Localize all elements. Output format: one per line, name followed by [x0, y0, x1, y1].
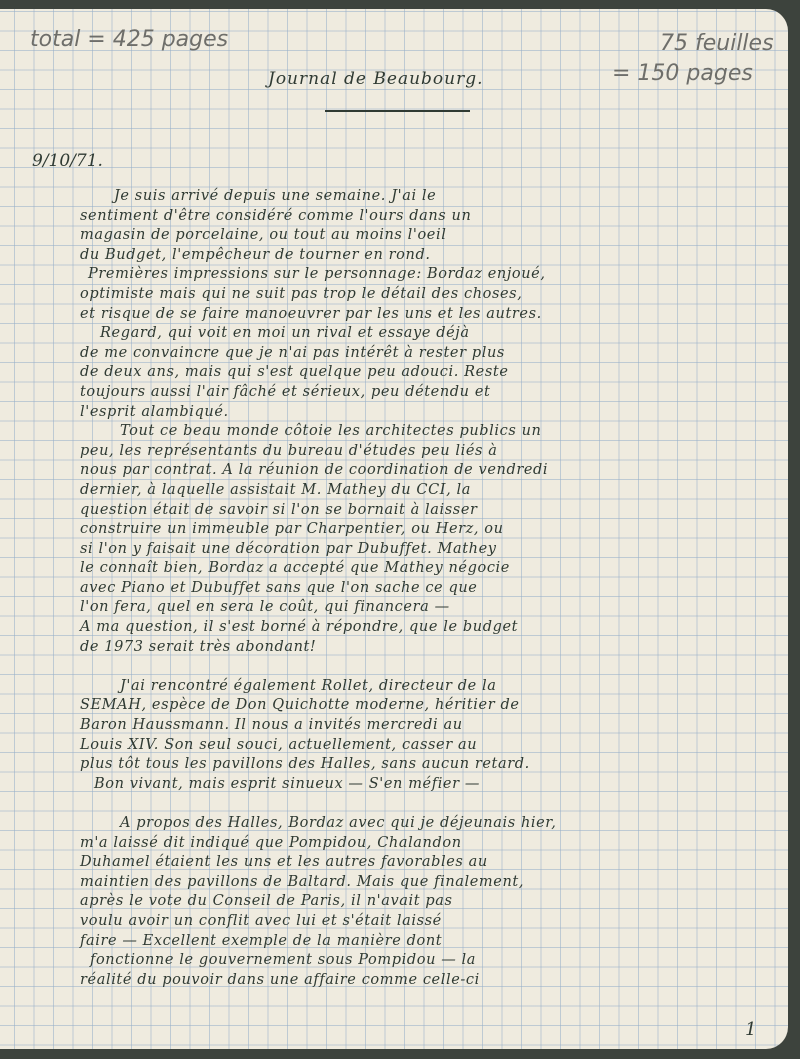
text-line: de deux ans, mais qui s'est quelque peu … [80, 363, 760, 383]
margin-note-feuilles: 75 feuilles [660, 31, 774, 56]
text-line: m'a laissé dit indiqué que Pompidou, Cha… [80, 834, 760, 854]
paragraph: A propos des Halles, Bordaz avec qui je … [80, 814, 760, 990]
text-line: et risque de se faire manoeuvrer par les… [80, 305, 760, 325]
text-line: sentiment d'être considéré comme l'ours … [80, 207, 760, 227]
text-line: de me convaincre que je n'ai pas intérêt… [80, 344, 760, 364]
page-title: Journal de Beaubourg. [268, 69, 484, 89]
margin-note-pages: = 150 pages [612, 61, 753, 86]
page-number: 1 [745, 1019, 756, 1040]
text-line: du Budget, l'empêcheur de tourner en ron… [80, 246, 760, 266]
text-line: plus tôt tous les pavillons des Halles, … [80, 755, 760, 775]
journal-body: Je suis arrivé depuis une semaine. J'ai … [80, 187, 760, 990]
text-line: Baron Haussmann. Il nous a invités mercr… [80, 716, 760, 736]
text-line: SEMAH, espèce de Don Quichotte moderne, … [80, 696, 760, 716]
text-line: peu, les représentants du bureau d'étude… [80, 442, 760, 462]
text-line: dernier, à laquelle assistait M. Mathey … [80, 481, 760, 501]
text-line: magasin de porcelaine, ou tout au moins … [80, 226, 760, 246]
paragraph-gap [80, 794, 760, 814]
text-line: Premières impressions sur le personnage:… [80, 265, 760, 285]
paragraph-gap [80, 657, 760, 677]
text-line: Bon vivant, mais esprit sinueux — S'en m… [80, 775, 760, 795]
text-line: réalité du pouvoir dans une affaire comm… [80, 971, 760, 991]
text-line: Louis XIV. Son seul souci, actuellement,… [80, 736, 760, 756]
text-line: nous par contrat. A la réunion de coordi… [80, 461, 760, 481]
paragraph: Je suis arrivé depuis une semaine. J'ai … [80, 187, 760, 265]
text-line: fonctionne le gouvernement sous Pompidou… [80, 951, 760, 971]
text-line: de 1973 serait très abondant! [80, 638, 760, 658]
text-line: voulu avoir un conflit avec lui et s'éta… [80, 912, 760, 932]
text-line: toujours aussi l'air fâché et sérieux, p… [80, 383, 760, 403]
text-line: le connaît bien, Bordaz a accepté que Ma… [80, 559, 760, 579]
text-line: A ma question, il s'est borné à répondre… [80, 618, 760, 638]
text-line: Duhamel étaient les uns et les autres fa… [80, 853, 760, 873]
text-line: Je suis arrivé depuis une semaine. J'ai … [80, 187, 760, 207]
margin-note-total-pages: total = 425 pages [30, 27, 228, 52]
paragraph: J'ai rencontré également Rollet, directe… [80, 677, 760, 795]
text-line: Regard, qui voit en moi un rival et essa… [80, 324, 760, 344]
paragraph: Regard, qui voit en moi un rival et essa… [80, 324, 760, 422]
notebook-page: total = 425 pages 75 feuilles = 150 page… [0, 9, 788, 1049]
text-line: l'on fera, quel en sera le coût, qui fin… [80, 598, 760, 618]
text-line: si l'on y faisait une décoration par Dub… [80, 540, 760, 560]
paragraph: Tout ce beau monde côtoie les architecte… [80, 422, 760, 657]
text-line: avec Piano et Dubuffet sans que l'on sac… [80, 579, 760, 599]
text-line: question était de savoir si l'on se born… [80, 501, 760, 521]
text-line: après le vote du Conseil de Paris, il n'… [80, 892, 760, 912]
text-line: Tout ce beau monde côtoie les architecte… [80, 422, 760, 442]
text-line: faire — Excellent exemple de la manière … [80, 932, 760, 952]
title-underline [325, 110, 470, 112]
text-line: optimiste mais qui ne suit pas trop le d… [80, 285, 760, 305]
text-line: l'esprit alambiqué. [80, 403, 760, 423]
paragraph: Premières impressions sur le personnage:… [80, 265, 760, 324]
text-line: A propos des Halles, Bordaz avec qui je … [80, 814, 760, 834]
text-line: J'ai rencontré également Rollet, directe… [80, 677, 760, 697]
text-line: maintien des pavillons de Baltard. Mais … [80, 873, 760, 893]
text-line: construire un immeuble par Charpentier, … [80, 520, 760, 540]
entry-date: 9/10/71. [32, 151, 103, 171]
